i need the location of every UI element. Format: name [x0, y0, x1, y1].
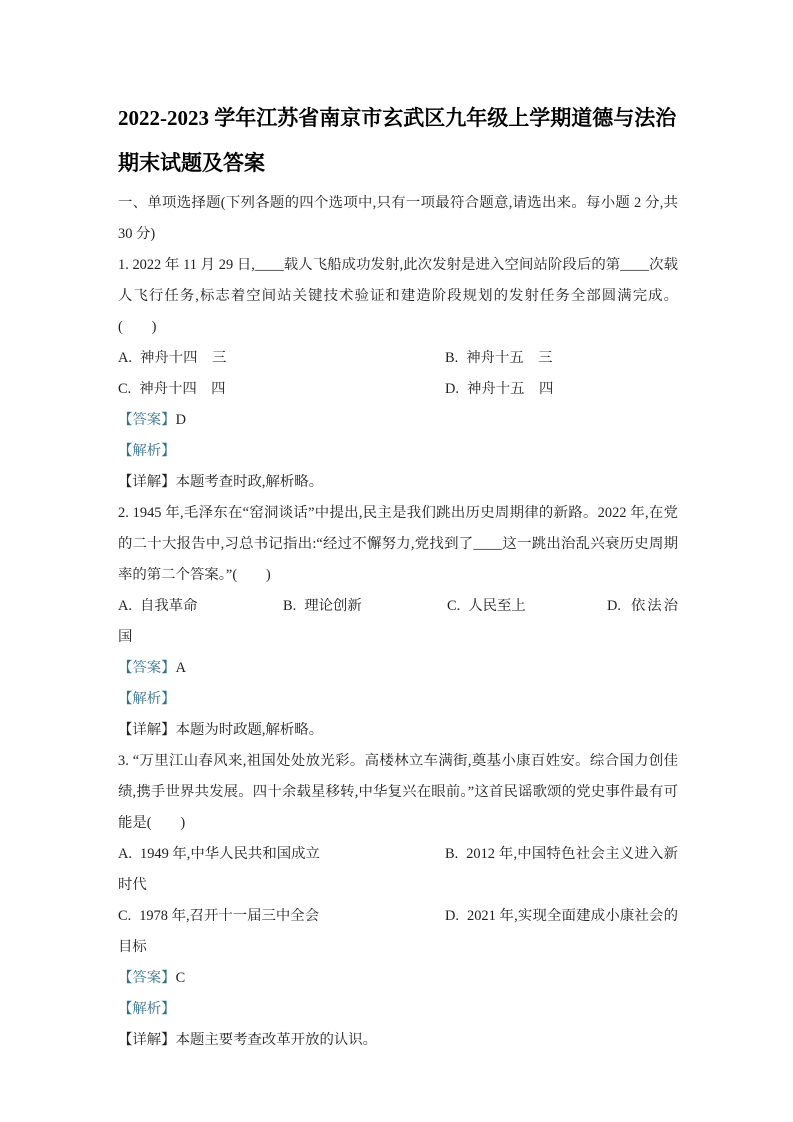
- answer-value: C: [176, 970, 186, 986]
- answer-line: 【答案】C: [118, 963, 678, 994]
- question-3-stem: 3. “万里江山春风来,祖国处处放光彩。高楼林立车满街,奠基小康百姓安。综合国力…: [118, 746, 678, 839]
- option-text: 神舟十五 四: [459, 381, 553, 397]
- question-2-options-row: A.自我革命B.理论创新C.人民至上D.依法治国: [118, 591, 678, 653]
- option-a: A.1949 年,中华人民共和国成立: [118, 839, 445, 870]
- option-label: D.: [445, 908, 459, 924]
- question-3-options-row-2: C.1978 年,召开十一届三中全会D.2021 年,实现全面建成小康社会的目标: [118, 901, 678, 963]
- option-c: C.神舟十四 四: [118, 374, 445, 405]
- detail-text: 本题主要考查改革开放的认识。: [176, 1032, 377, 1048]
- answer-value: A: [176, 660, 186, 676]
- detail-tag: 【详解】: [118, 722, 176, 738]
- analysis-tag: 【解析】: [118, 1001, 176, 1017]
- document-page: 2022-2023 学年江苏省南京市玄武区九年级上学期道德与法治期末试题及答案 …: [0, 0, 793, 1122]
- option-a: A.神舟十四 三: [118, 343, 445, 374]
- option-text: 1978 年,召开十一届三中全会: [131, 908, 319, 924]
- option-c: C.人民至上: [447, 591, 607, 622]
- option-text: 人民至上: [460, 598, 526, 614]
- option-label: B.: [283, 598, 296, 614]
- detail-text: 本题考查时政,解析略。: [176, 474, 324, 490]
- question-1-options-row-2: C.神舟十四 四D.神舟十五 四: [118, 374, 678, 405]
- option-a: A.自我革命: [118, 591, 283, 622]
- option-label: B.: [445, 350, 458, 366]
- page-title: 2022-2023 学年江苏省南京市玄武区九年级上学期道德与法治期末试题及答案: [118, 96, 678, 186]
- detail-line: 【详解】本题考查时政,解析略。: [118, 467, 678, 498]
- option-c: C.1978 年,召开十一届三中全会: [118, 901, 445, 932]
- question-1-stem: 1. 2022 年 11 月 29 日,____载人飞船成功发射,此次发射是进入…: [118, 250, 678, 343]
- option-label: C.: [118, 908, 131, 924]
- option-label: D.: [445, 381, 459, 397]
- question-3: 3. “万里江山春风来,祖国处处放光彩。高楼林立车满街,奠基小康百姓安。综合国力…: [118, 746, 678, 1056]
- option-label: B.: [445, 846, 458, 862]
- option-label: A.: [118, 350, 132, 366]
- option-b: B.理论创新: [283, 591, 447, 622]
- option-text: 神舟十四 四: [131, 381, 225, 397]
- option-text: 理论创新: [296, 598, 362, 614]
- option-text: 1949 年,中华人民共和国成立: [132, 846, 320, 862]
- detail-tag: 【详解】: [118, 1032, 176, 1048]
- analysis-tag: 【解析】: [118, 691, 176, 707]
- option-label: D.: [607, 598, 621, 614]
- analysis-line: 【解析】: [118, 994, 678, 1025]
- question-2-stem: 2. 1945 年,毛泽东在“窑洞谈话”中提出,民主是我们跳出历史周期律的新路。…: [118, 498, 678, 591]
- question-3-options-row-1: A.1949 年,中华人民共和国成立B.2012 年,中国特色社会主义进入新时代: [118, 839, 678, 901]
- answer-tag: 【答案】: [118, 412, 176, 428]
- question-2: 2. 1945 年,毛泽东在“窑洞谈话”中提出,民主是我们跳出历史周期律的新路。…: [118, 498, 678, 746]
- option-text: 神舟十五 三: [458, 350, 552, 366]
- option-d: D.神舟十五 四: [445, 381, 553, 397]
- answer-line: 【答案】D: [118, 405, 678, 436]
- answer-tag: 【答案】: [118, 660, 176, 676]
- section-heading: 一、单项选择题(下列各题的四个选项中,只有一项最符合题意,请选出来。每小题 2 …: [118, 188, 678, 250]
- question-1-options-row-1: A.神舟十四 三B.神舟十五 三: [118, 343, 678, 374]
- option-label: C.: [118, 381, 131, 397]
- detail-tag: 【详解】: [118, 474, 176, 490]
- detail-line: 【详解】本题为时政题,解析略。: [118, 715, 678, 746]
- analysis-line: 【解析】: [118, 684, 678, 715]
- option-text: 神舟十四 三: [132, 350, 226, 366]
- analysis-line: 【解析】: [118, 436, 678, 467]
- answer-line: 【答案】A: [118, 653, 678, 684]
- detail-text: 本题为时政题,解析略。: [176, 722, 324, 738]
- question-1: 1. 2022 年 11 月 29 日,____载人飞船成功发射,此次发射是进入…: [118, 250, 678, 498]
- answer-value: D: [176, 412, 186, 428]
- analysis-tag: 【解析】: [118, 443, 176, 459]
- option-b: B.神舟十五 三: [445, 350, 553, 366]
- option-label: C.: [447, 598, 460, 614]
- option-label: A.: [118, 846, 132, 862]
- option-label: A.: [118, 598, 132, 614]
- detail-line: 【详解】本题主要考查改革开放的认识。: [118, 1025, 678, 1056]
- option-text: 自我革命: [132, 598, 198, 614]
- answer-tag: 【答案】: [118, 970, 176, 986]
